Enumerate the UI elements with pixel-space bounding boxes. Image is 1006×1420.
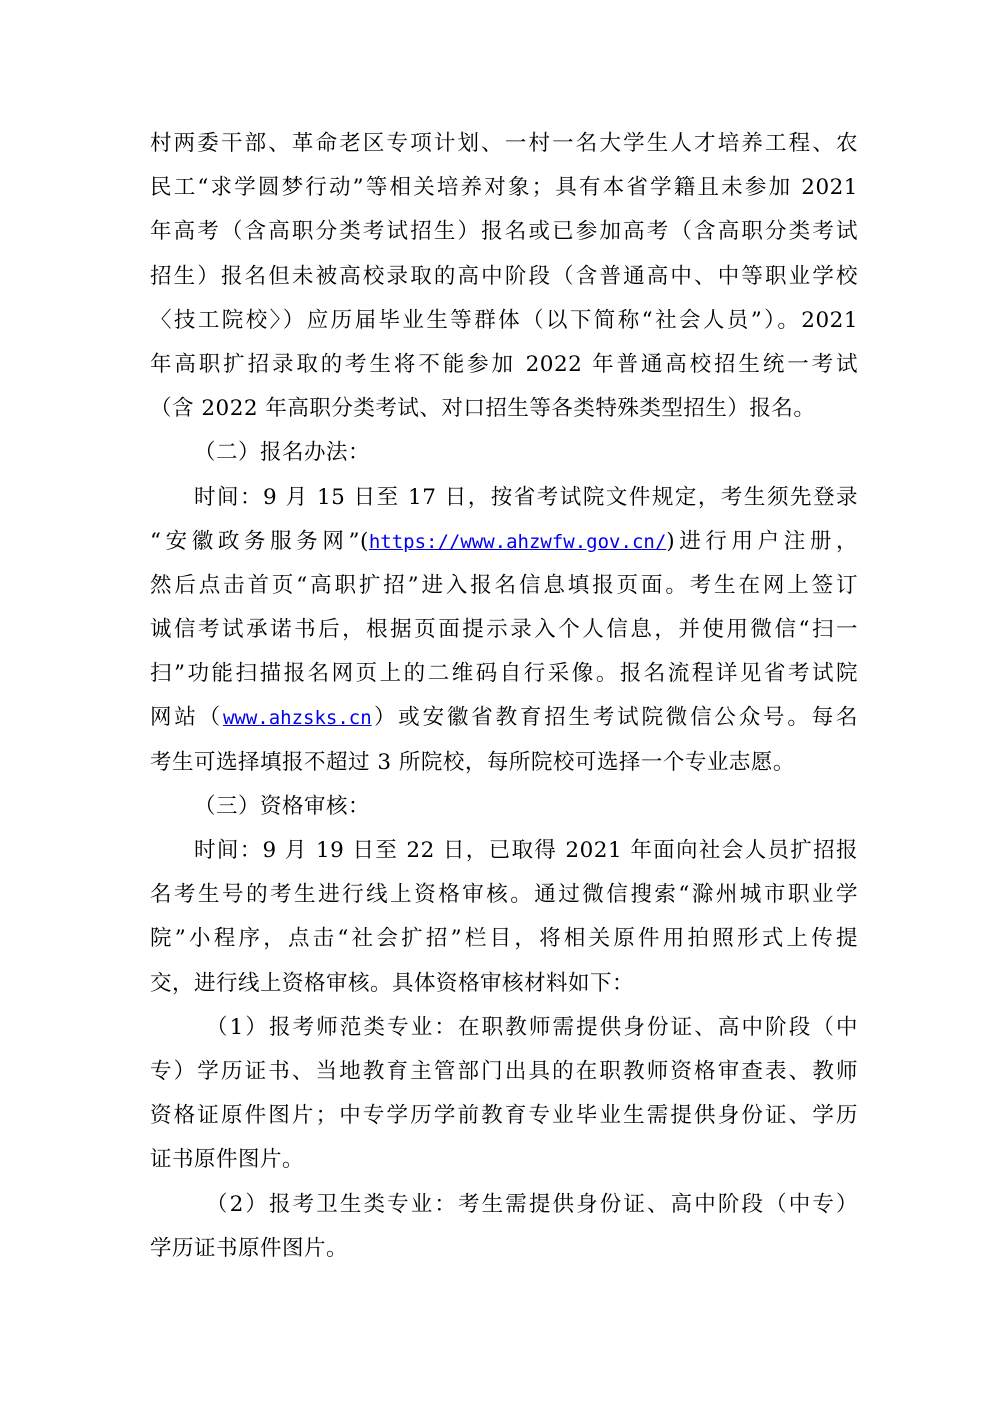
text-line: 诚信考试承诺书后，根据页面提示录入个人信息，并使用微信“扫一 bbox=[150, 608, 858, 652]
ahzwfw-link[interactable]: https://www.ahzwfw.gov.cn/ bbox=[369, 531, 666, 553]
section-heading-qualification: （三）资格审核： bbox=[150, 785, 858, 829]
text-span: “安徽政务服务网”( bbox=[150, 529, 369, 554]
text-span: 网站（ bbox=[150, 705, 223, 730]
text-line: （1）报考师范类专业：在职教师需提供身份证、高中阶段（中 bbox=[150, 1006, 858, 1050]
text-line: （含 2022 年高职分类考试、对口招生等各类特殊类型招生）报名。 bbox=[150, 387, 858, 431]
paragraph-teacher-majors: （1）报考师范类专业：在职教师需提供身份证、高中阶段（中 专）学历证书、当地教育… bbox=[150, 1006, 858, 1183]
text-line: 专）学历证书、当地教育主管部门出具的在职教师资格审查表、教师 bbox=[150, 1050, 858, 1094]
text-span: ）或安徽省教育招生考试院微信公众号。每名 bbox=[372, 705, 858, 730]
paragraph-qualification: 时间：9 月 19 日至 22 日，已取得 2021 年面向社会人员扩招报 名考… bbox=[150, 829, 858, 1006]
paragraph-health-majors: （2）报考卫生类专业：考生需提供身份证、高中阶段（中专） 学历证书原件图片。 bbox=[150, 1183, 858, 1271]
text-line: 招生）报名但未被高校录取的高中阶段（含普通高中、中等职业学校 bbox=[150, 255, 858, 299]
text-line: 院”小程序，点击“社会扩招”栏目，将相关原件用拍照形式上传提 bbox=[150, 917, 858, 961]
text-line: 考生可选择填报不超过 3 所院校，每所院校可选择一个专业志愿。 bbox=[150, 741, 858, 785]
ahzsks-link[interactable]: www.ahzsks.cn bbox=[223, 707, 372, 729]
text-line: （2）报考卫生类专业：考生需提供身份证、高中阶段（中专） bbox=[150, 1183, 858, 1227]
text-span: )进行用户注册， bbox=[666, 529, 858, 554]
text-line: 然后点击首页“高职扩招”进入报名信息填报页面。考生在网上签订 bbox=[150, 564, 858, 608]
text-line: 交，进行线上资格审核。具体资格审核材料如下： bbox=[150, 962, 858, 1006]
paragraph-registration: 时间：9 月 15 日至 17 日，按省考试院文件规定，考生须先登录 “安徽政务… bbox=[150, 476, 858, 785]
text-line: 扫”功能扫描报名网页上的二维码自行采像。报名流程详见省考试院 bbox=[150, 652, 858, 696]
text-line: 学历证书原件图片。 bbox=[150, 1227, 858, 1271]
document-page: 村两委干部、革命老区专项计划、一村一名大学生人才培养工程、农 民工“求学圆梦行动… bbox=[150, 122, 858, 1271]
text-line: 时间：9 月 19 日至 22 日，已取得 2021 年面向社会人员扩招报 bbox=[150, 829, 858, 873]
text-line: 证书原件图片。 bbox=[150, 1138, 858, 1182]
text-line: 时间：9 月 15 日至 17 日，按省考试院文件规定，考生须先登录 bbox=[150, 476, 858, 520]
text-line: 名考生号的考生进行线上资格审核。通过微信搜索“滁州城市职业学 bbox=[150, 873, 858, 917]
text-line: “安徽政务服务网”(https://www.ahzwfw.gov.cn/)进行用… bbox=[150, 520, 858, 564]
text-line: 资格证原件图片；中专学历学前教育专业毕业生需提供身份证、学历 bbox=[150, 1094, 858, 1138]
paragraph-eligibility: 村两委干部、革命老区专项计划、一村一名大学生人才培养工程、农 民工“求学圆梦行动… bbox=[150, 122, 858, 431]
section-heading-registration: （二）报名办法： bbox=[150, 431, 858, 475]
text-line: 年高职扩招录取的考生将不能参加 2022 年普通高校招生统一考试 bbox=[150, 343, 858, 387]
text-line: 〈技工院校〉）应历届毕业生等群体（以下简称“社会人员”）。2021 bbox=[150, 299, 858, 343]
text-line: 网站（www.ahzsks.cn）或安徽省教育招生考试院微信公众号。每名 bbox=[150, 696, 858, 740]
text-line: 年高考（含高职分类考试招生）报名或已参加高考（含高职分类考试 bbox=[150, 210, 858, 254]
text-line: 村两委干部、革命老区专项计划、一村一名大学生人才培养工程、农 bbox=[150, 122, 858, 166]
text-line: 民工“求学圆梦行动”等相关培养对象；具有本省学籍且未参加 2021 bbox=[150, 166, 858, 210]
